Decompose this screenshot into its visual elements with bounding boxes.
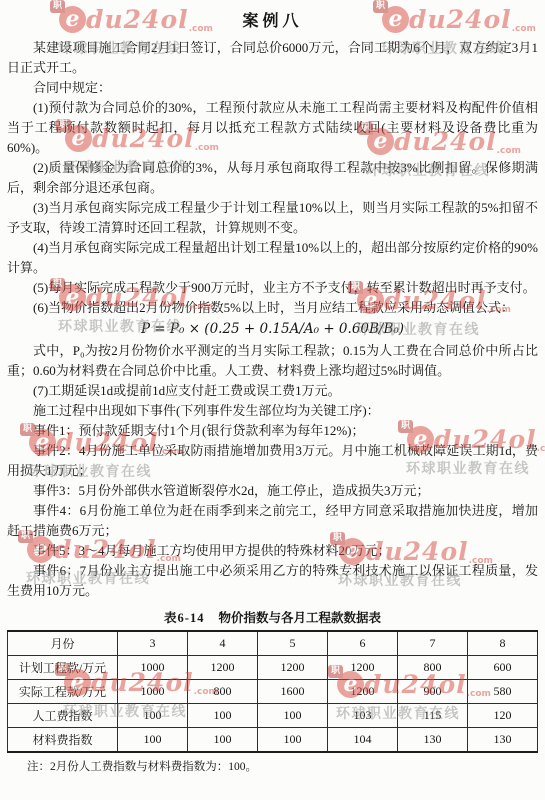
cell-value: 1200 [328,680,398,704]
cell-value: 103 [328,704,398,728]
table-header-month-6: 6 [328,631,398,656]
paragraph-event-4: 事件4：6月份施工单位为赶在雨季到来之前完工，经甲方同意采取措施加快进度，增加赶… [7,501,538,541]
paragraph-events-heading: 施工过程中出现如下事件(下列事件发生部位均为关键工序)： [7,401,538,421]
table-caption: 表6-14物价指数与各月工程款数据表 [7,608,538,626]
cell-value: 115 [398,704,468,728]
cell-value: 130 [468,728,538,753]
paragraph-clause-6: (6)当物价指数超出2月份物价指数5%以上时，当月应结工程款应采用动态调值公式： [7,298,538,318]
table-header-month-5: 5 [258,631,328,656]
table-row-planned-payment: 计划工程款/万元 1000 1200 1200 1200 800 600 [8,656,538,680]
cell-value: 100 [118,704,188,728]
adjustment-formula: P = P₀ × (0.25 + 0.15A/A₀ + 0.60B/B₀) [7,318,538,341]
cell-value: 800 [188,680,258,704]
price-index-table: 月份 3 4 5 6 7 8 计划工程款/万元 1000 1200 1200 1… [7,630,538,753]
cell-value: 1000 [118,680,188,704]
table-caption-number: 表6-14 [164,611,204,625]
paragraph-clause-2: (2)质量保修金为合同总价的3%，从每月承包商取得工程款中按3%比例扣留。保修期… [7,158,538,198]
cell-value: 580 [468,680,538,704]
paragraph-event-3: 事件3：5月份外部供水管道断裂停水2d，施工停止，造成损失3万元； [7,481,538,501]
table-header-month: 月份 [8,631,118,656]
cell-value: 800 [398,656,468,680]
row-label: 人工费指数 [8,704,118,728]
cell-value: 100 [258,728,328,753]
row-label: 实际工程款/万元 [8,680,118,704]
table-header-row: 月份 3 4 5 6 7 8 [8,631,538,656]
page-title: 案例八 [7,8,538,31]
cell-value: 100 [188,704,258,728]
cell-value: 1200 [328,656,398,680]
cell-value: 1200 [258,656,328,680]
table-header-month-7: 7 [398,631,468,656]
paragraph-clause-1: (1)预付款为合同总价的30%，工程预付款应从未施工工程尚需主要材料及构配件价值… [7,98,538,158]
paragraph-event-1: 事件1：预付款延期支付1个月(银行贷款利率为每年12%)； [7,421,538,441]
paragraph-clause-5: (5)每月实际完成工程款少于900万元时，业主方不予支付，转至累计数超出时再予支… [7,278,538,298]
row-label: 计划工程款/万元 [8,656,118,680]
paragraph-event-5: 事件5：3～4月每月施工方均使用甲方提供的特殊材料20万元； [7,541,538,561]
cell-value: 1000 [118,656,188,680]
document-page: 案例八 某建设项目施工合同2月1日签订，合同总价6000万元，合同工期为6个月，… [0,0,545,800]
paragraph-event-6: 事件6：7月份业主方提出施工中必须采用乙方的特殊专利技术施工以保证工程质量，发生… [7,561,538,601]
cell-value: 104 [328,728,398,753]
table-note: 注：2月份人工费指数与材料费指数为：100。 [27,760,538,775]
cell-value: 600 [468,656,538,680]
cell-value: 900 [398,680,468,704]
paragraph-contract-heading: 合同中规定： [7,78,538,98]
cell-value: 130 [398,728,468,753]
cell-value: 100 [118,728,188,753]
cell-value: 120 [468,704,538,728]
cell-value: 100 [258,704,328,728]
paragraph-clause-4: (4)当月承包商实际完成工程量超出计划工程量10%以上的，超出部分按原约定价格的… [7,238,538,278]
table-row-labor-index: 人工费指数 100 100 100 103 115 120 [8,704,538,728]
cell-value: 1200 [188,656,258,680]
cell-value: 1600 [258,680,328,704]
paragraph-formula-explanation: 式中，P₀为按2月份物价水平测定的当月实际工程款；0.15为人工费在合同总价中所… [7,341,538,381]
paragraph-event-2: 事件2：4月份施工单位采取防雨措施增加费用3万元。月中施工机械故障延误工期1d，… [7,441,538,481]
table-row-material-index: 材料费指数 100 100 100 104 130 130 [8,728,538,753]
table-row-actual-payment: 实际工程款/万元 1000 800 1600 1200 900 580 [8,680,538,704]
table-header-month-3: 3 [118,631,188,656]
paragraph-clause-7: (7)工期延误1d或提前1d应支付赶工费或误工费1万元。 [7,381,538,401]
table-header-month-4: 4 [188,631,258,656]
cell-value: 100 [188,728,258,753]
paragraph-clause-3: (3)当月承包商实际完成工程量少于计划工程量10%以上，则当月实际工程款的5%扣… [7,198,538,238]
table-header-month-8: 8 [468,631,538,656]
row-label: 材料费指数 [8,728,118,753]
paragraph-intro: 某建设项目施工合同2月1日签订，合同总价6000万元，合同工期为6个月，双方约定… [7,38,538,78]
table-caption-title: 物价指数与各月工程款数据表 [218,611,381,625]
